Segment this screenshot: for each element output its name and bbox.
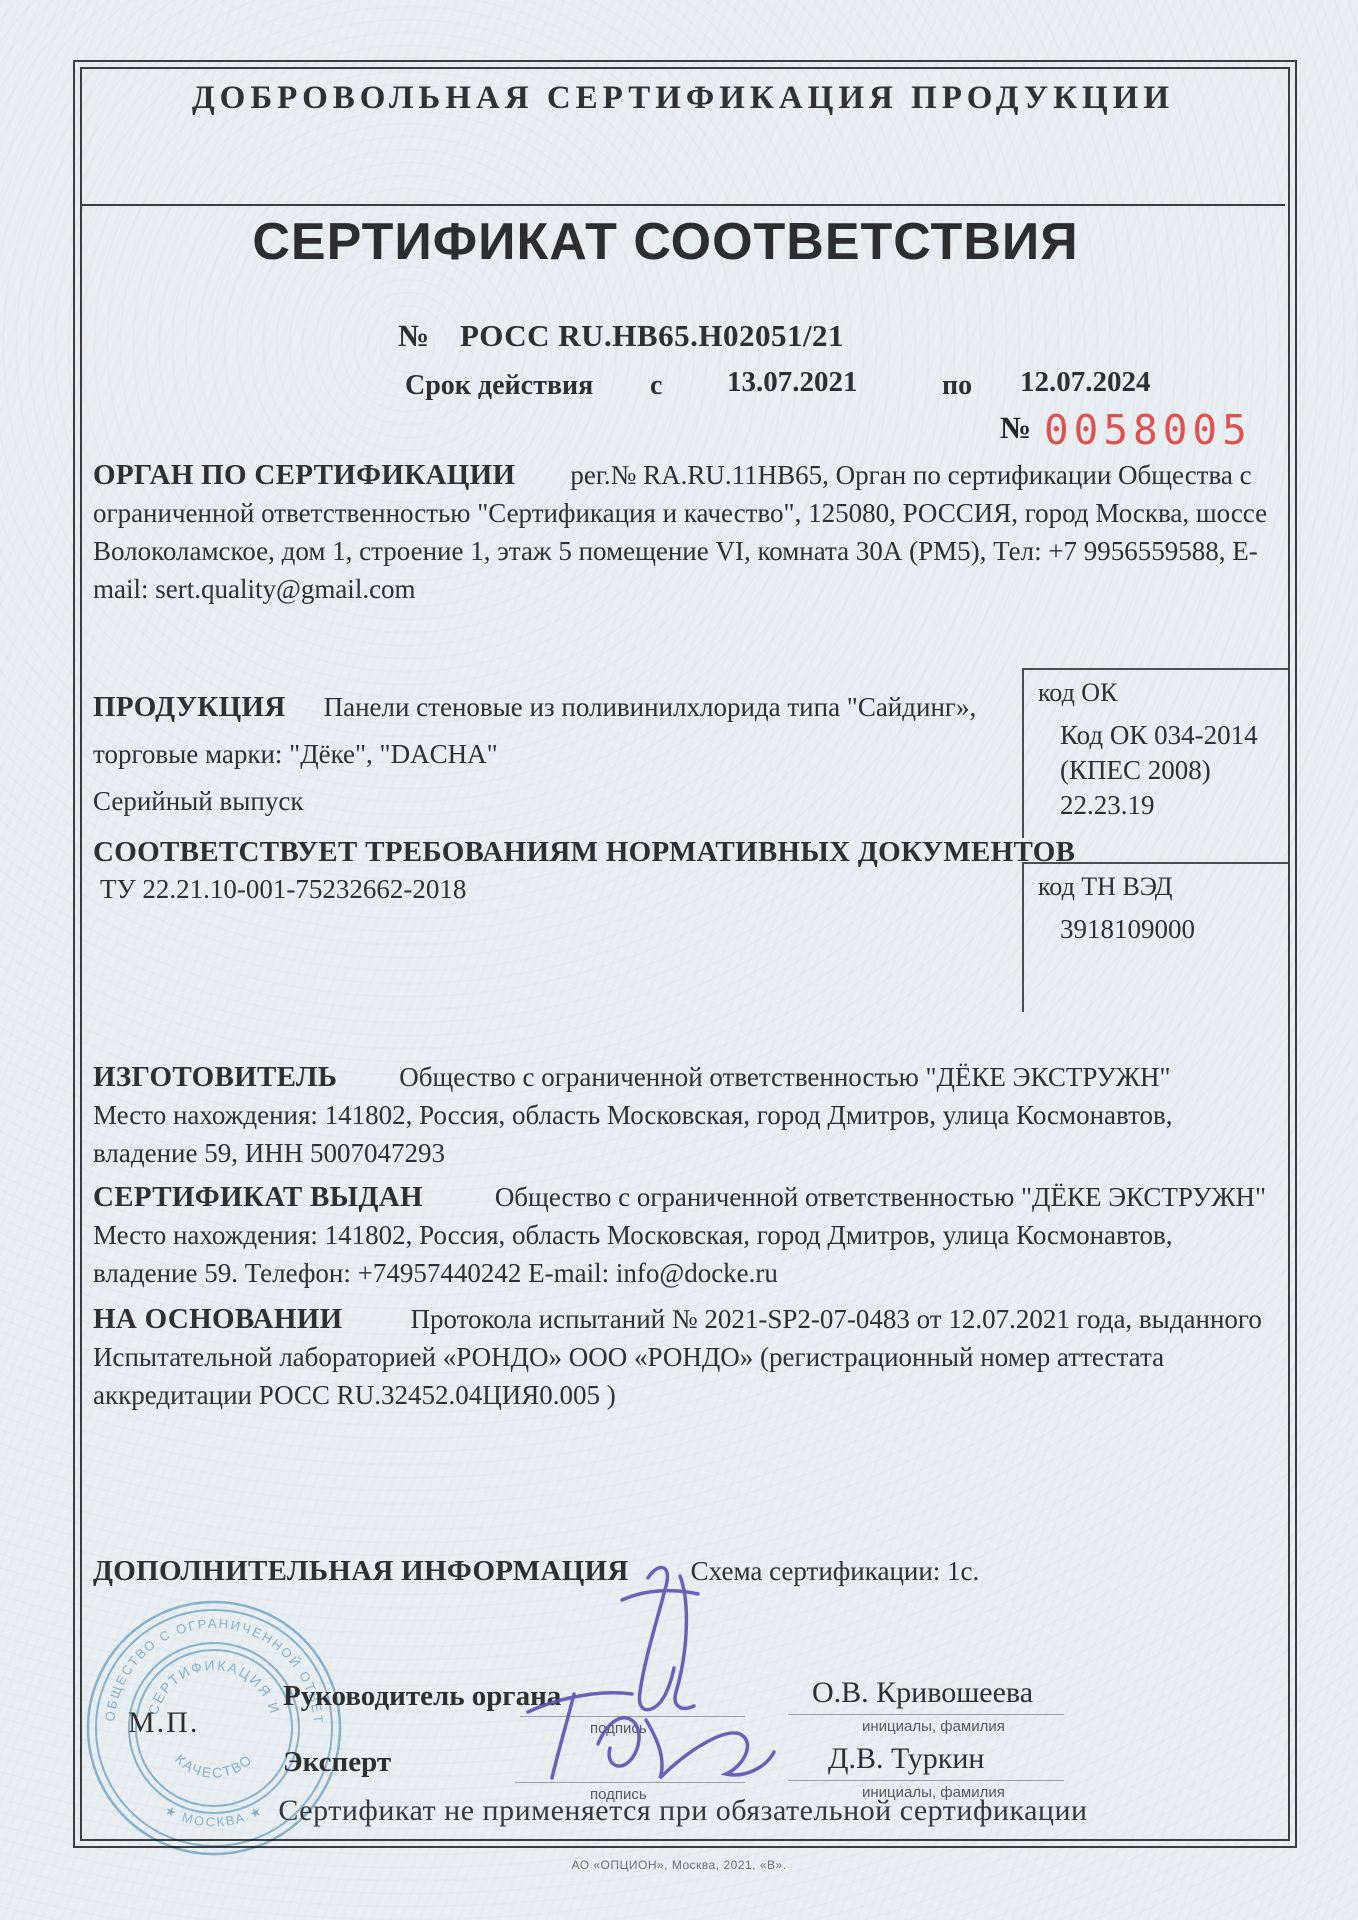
head-signature-ink [622, 1568, 698, 1710]
ok-code-line: (КПЕС 2008) [1060, 753, 1288, 788]
validity-label: Срок действия [405, 370, 593, 402]
certificate-number: РОСС RU.НВ65.Н02051/21 [460, 318, 844, 354]
tnved-code-box: код ТН ВЭД 3918109000 [1022, 862, 1288, 1012]
standards-heading: СООТВЕТСТВУЕТ ТРЕБОВАНИЯМ НОРМАТИВНЫХ ДО… [93, 836, 1075, 869]
ok-code-box: код ОК Код ОК 034-2014 (КПЕС 2008) 22.23… [1022, 668, 1288, 838]
product-release: Серийный выпуск [93, 778, 1023, 825]
ok-code-line: Код ОК 034-2014 [1060, 718, 1288, 753]
manufacturer-heading: ИЗГОТОВИТЕЛЬ [93, 1061, 337, 1093]
document-title: СЕРТИФИКАТ СООТВЕТСТВИЯ [73, 212, 1258, 272]
product-trademarks: торговые марки: "Дёке", "DACHA" [93, 731, 1023, 778]
product-description: Панели стеновые из поливинилхлорида типа… [324, 692, 977, 722]
certificate-page: { "header": { "scheme_label": "ДОБРОВОЛЬ… [0, 0, 1358, 1920]
ok-code-label: код ОК [1038, 678, 1288, 708]
issued-to-name: Общество с ограниченной ответственностью… [495, 1182, 1266, 1212]
issued-to-heading: СЕРТИФИКАТ ВЫДАН [93, 1181, 423, 1213]
issued-to-address: Место нахождения: 141802, Россия, област… [93, 1216, 1279, 1292]
expert-signature-ink [528, 1693, 774, 1778]
blank-number: 0058005 [1044, 406, 1252, 454]
certification-body-section: ОРГАН ПО СЕРТИФИКАЦИИрег.№ RA.RU.11НВ65,… [93, 456, 1279, 608]
product-section: ПРОДУКЦИЯПанели стеновые из поливинилхло… [93, 684, 1023, 825]
validity-to-date: 12.07.2024 [1020, 366, 1151, 399]
tnved-code-value: 3918109000 [1060, 912, 1288, 947]
certificate-number-sign: № [398, 318, 429, 354]
blank-number-sign: № [1000, 410, 1031, 446]
product-heading: ПРОДУКЦИЯ [93, 691, 286, 723]
scheme-label: ДОБРОВОЛЬНАЯ СЕРТИФИКАЦИЯ ПРОДУКЦИИ [73, 80, 1293, 117]
basis-section: НА ОСНОВАНИИПротокола испытаний № 2021-S… [93, 1300, 1279, 1414]
manufacturer-name: Общество с ограниченной ответственностью… [399, 1062, 1170, 1092]
manufacturer-address: Место нахождения: 141802, Россия, област… [93, 1096, 1279, 1172]
tnved-code-label: код ТН ВЭД [1038, 872, 1288, 902]
print-house-footer: АО «ОПЦИОН», Москва, 2021, «В». [0, 1858, 1358, 1872]
issued-to-section: СЕРТИФИКАТ ВЫДАНОбщество с ограниченной … [93, 1178, 1279, 1292]
validity-to-label: по [942, 370, 972, 402]
mandatory-certification-note: Сертификат не применяется при обязательн… [73, 1794, 1293, 1828]
ok-code-line: 22.23.19 [1060, 788, 1288, 823]
standards-value: ТУ 22.21.10-001-75232662-2018 [100, 874, 466, 905]
certification-body-heading: ОРГАН ПО СЕРТИФИКАЦИИ [93, 459, 515, 491]
validity-from-date: 13.07.2021 [727, 366, 858, 399]
header-divider [81, 204, 1285, 206]
validity-from-label: с [650, 370, 662, 402]
basis-heading: НА ОСНОВАНИИ [93, 1303, 342, 1335]
manufacturer-section: ИЗГОТОВИТЕЛЬОбщество с ограниченной отве… [93, 1058, 1279, 1172]
